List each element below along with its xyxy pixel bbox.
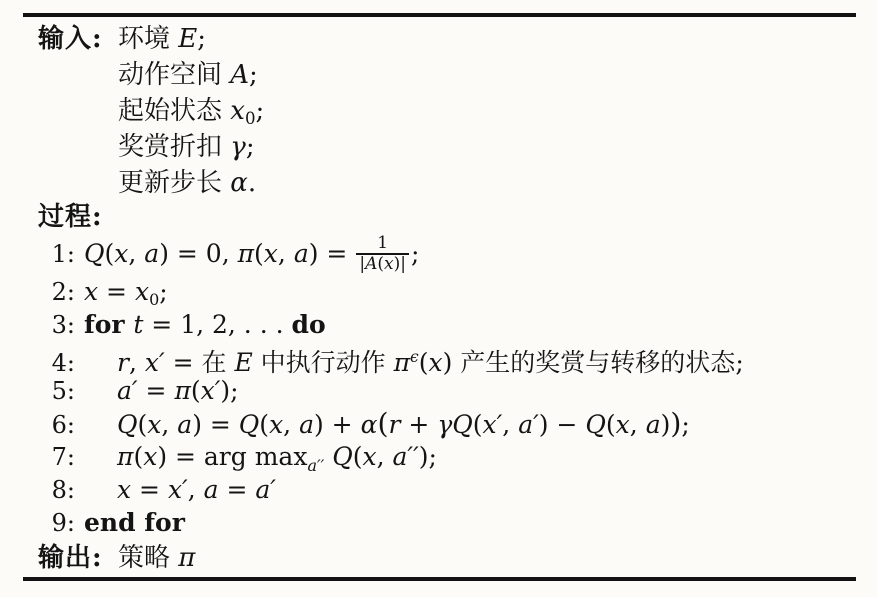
procedure-block: 1:Q(x, a) = 0, π(x, a) = 1|A(x)|;2:x = x… <box>38 233 853 539</box>
output-label: 输出: <box>38 539 118 577</box>
algo-step: 7:π(x) = arg maxa′′ Q(x, a′′); <box>38 440 853 473</box>
step-content: x = x0; <box>84 277 168 306</box>
algo-step: 9:end for <box>38 506 853 539</box>
algo-step: 3:for t = 1, 2, . . . do <box>38 308 853 341</box>
step-content: for t = 1, 2, . . . do <box>84 310 326 339</box>
fraction: 1|A(x)| <box>356 234 409 274</box>
algorithm-box: 输入:环境 E; 动作空间 A;起始状态 x0;奖赏折扣 γ;更新步长 α. 过… <box>0 0 877 597</box>
step-content: Q(x, a) = 0, π(x, a) = 1|A(x)|; <box>84 239 419 268</box>
algo-step: 5:a′ = π(x′); <box>38 374 853 407</box>
input-line: 动作空间 A; <box>38 57 853 93</box>
algo-step: 6:Q(x, a) = Q(x, a) + α(r + γQ(x′, a′) −… <box>38 407 853 440</box>
input-line-content: 环境 E; <box>118 24 206 54</box>
step-content: end for <box>84 508 185 537</box>
process-label: 过程: <box>38 202 103 232</box>
output-line: 输出:策略 π <box>38 539 853 577</box>
output-content: 策略 π <box>118 543 195 573</box>
input-line: 更新步长 α. <box>38 165 853 201</box>
step-content: π(x) = arg maxa′′ Q(x, a′′); <box>84 442 437 471</box>
step-number: 5: <box>38 375 75 408</box>
input-line-first: 输入:环境 E; <box>38 21 853 57</box>
algo-step: 1:Q(x, a) = 0, π(x, a) = 1|A(x)|; <box>38 233 853 275</box>
top-rule <box>23 13 856 17</box>
algo-step: 4:r, x′ = 在 E 中执行动作 πϵ(x) 产生的奖赏与转移的状态; <box>38 341 853 374</box>
step-number: 9: <box>38 507 75 540</box>
step-content: a′ = π(x′); <box>84 376 239 405</box>
process-line: 过程: <box>38 201 853 233</box>
bottom-rule <box>23 577 856 581</box>
step-content: r, x′ = 在 E 中执行动作 πϵ(x) 产生的奖赏与转移的状态; <box>84 348 744 377</box>
step-number: 2: <box>38 276 75 309</box>
step-number: 7: <box>38 441 75 474</box>
step-content: Q(x, a) = Q(x, a) + α(r + γQ(x′, a′) − Q… <box>84 410 690 439</box>
algo-step: 2:x = x0; <box>38 275 853 308</box>
input-label: 输入: <box>38 21 118 57</box>
algorithm-content: 输入:环境 E; 动作空间 A;起始状态 x0;奖赏折扣 γ;更新步长 α. 过… <box>38 21 853 577</box>
step-number: 6: <box>38 409 75 442</box>
input-line: 奖赏折扣 γ; <box>38 129 853 165</box>
step-number: 8: <box>38 474 75 507</box>
step-content: x = x′, a = a′ <box>84 475 276 504</box>
input-line: 起始状态 x0; <box>38 93 853 129</box>
step-number: 3: <box>38 309 75 342</box>
input-block: 动作空间 A;起始状态 x0;奖赏折扣 γ;更新步长 α. <box>38 57 853 201</box>
algo-step: 8:x = x′, a = a′ <box>38 473 853 506</box>
step-number: 1: <box>38 233 75 275</box>
